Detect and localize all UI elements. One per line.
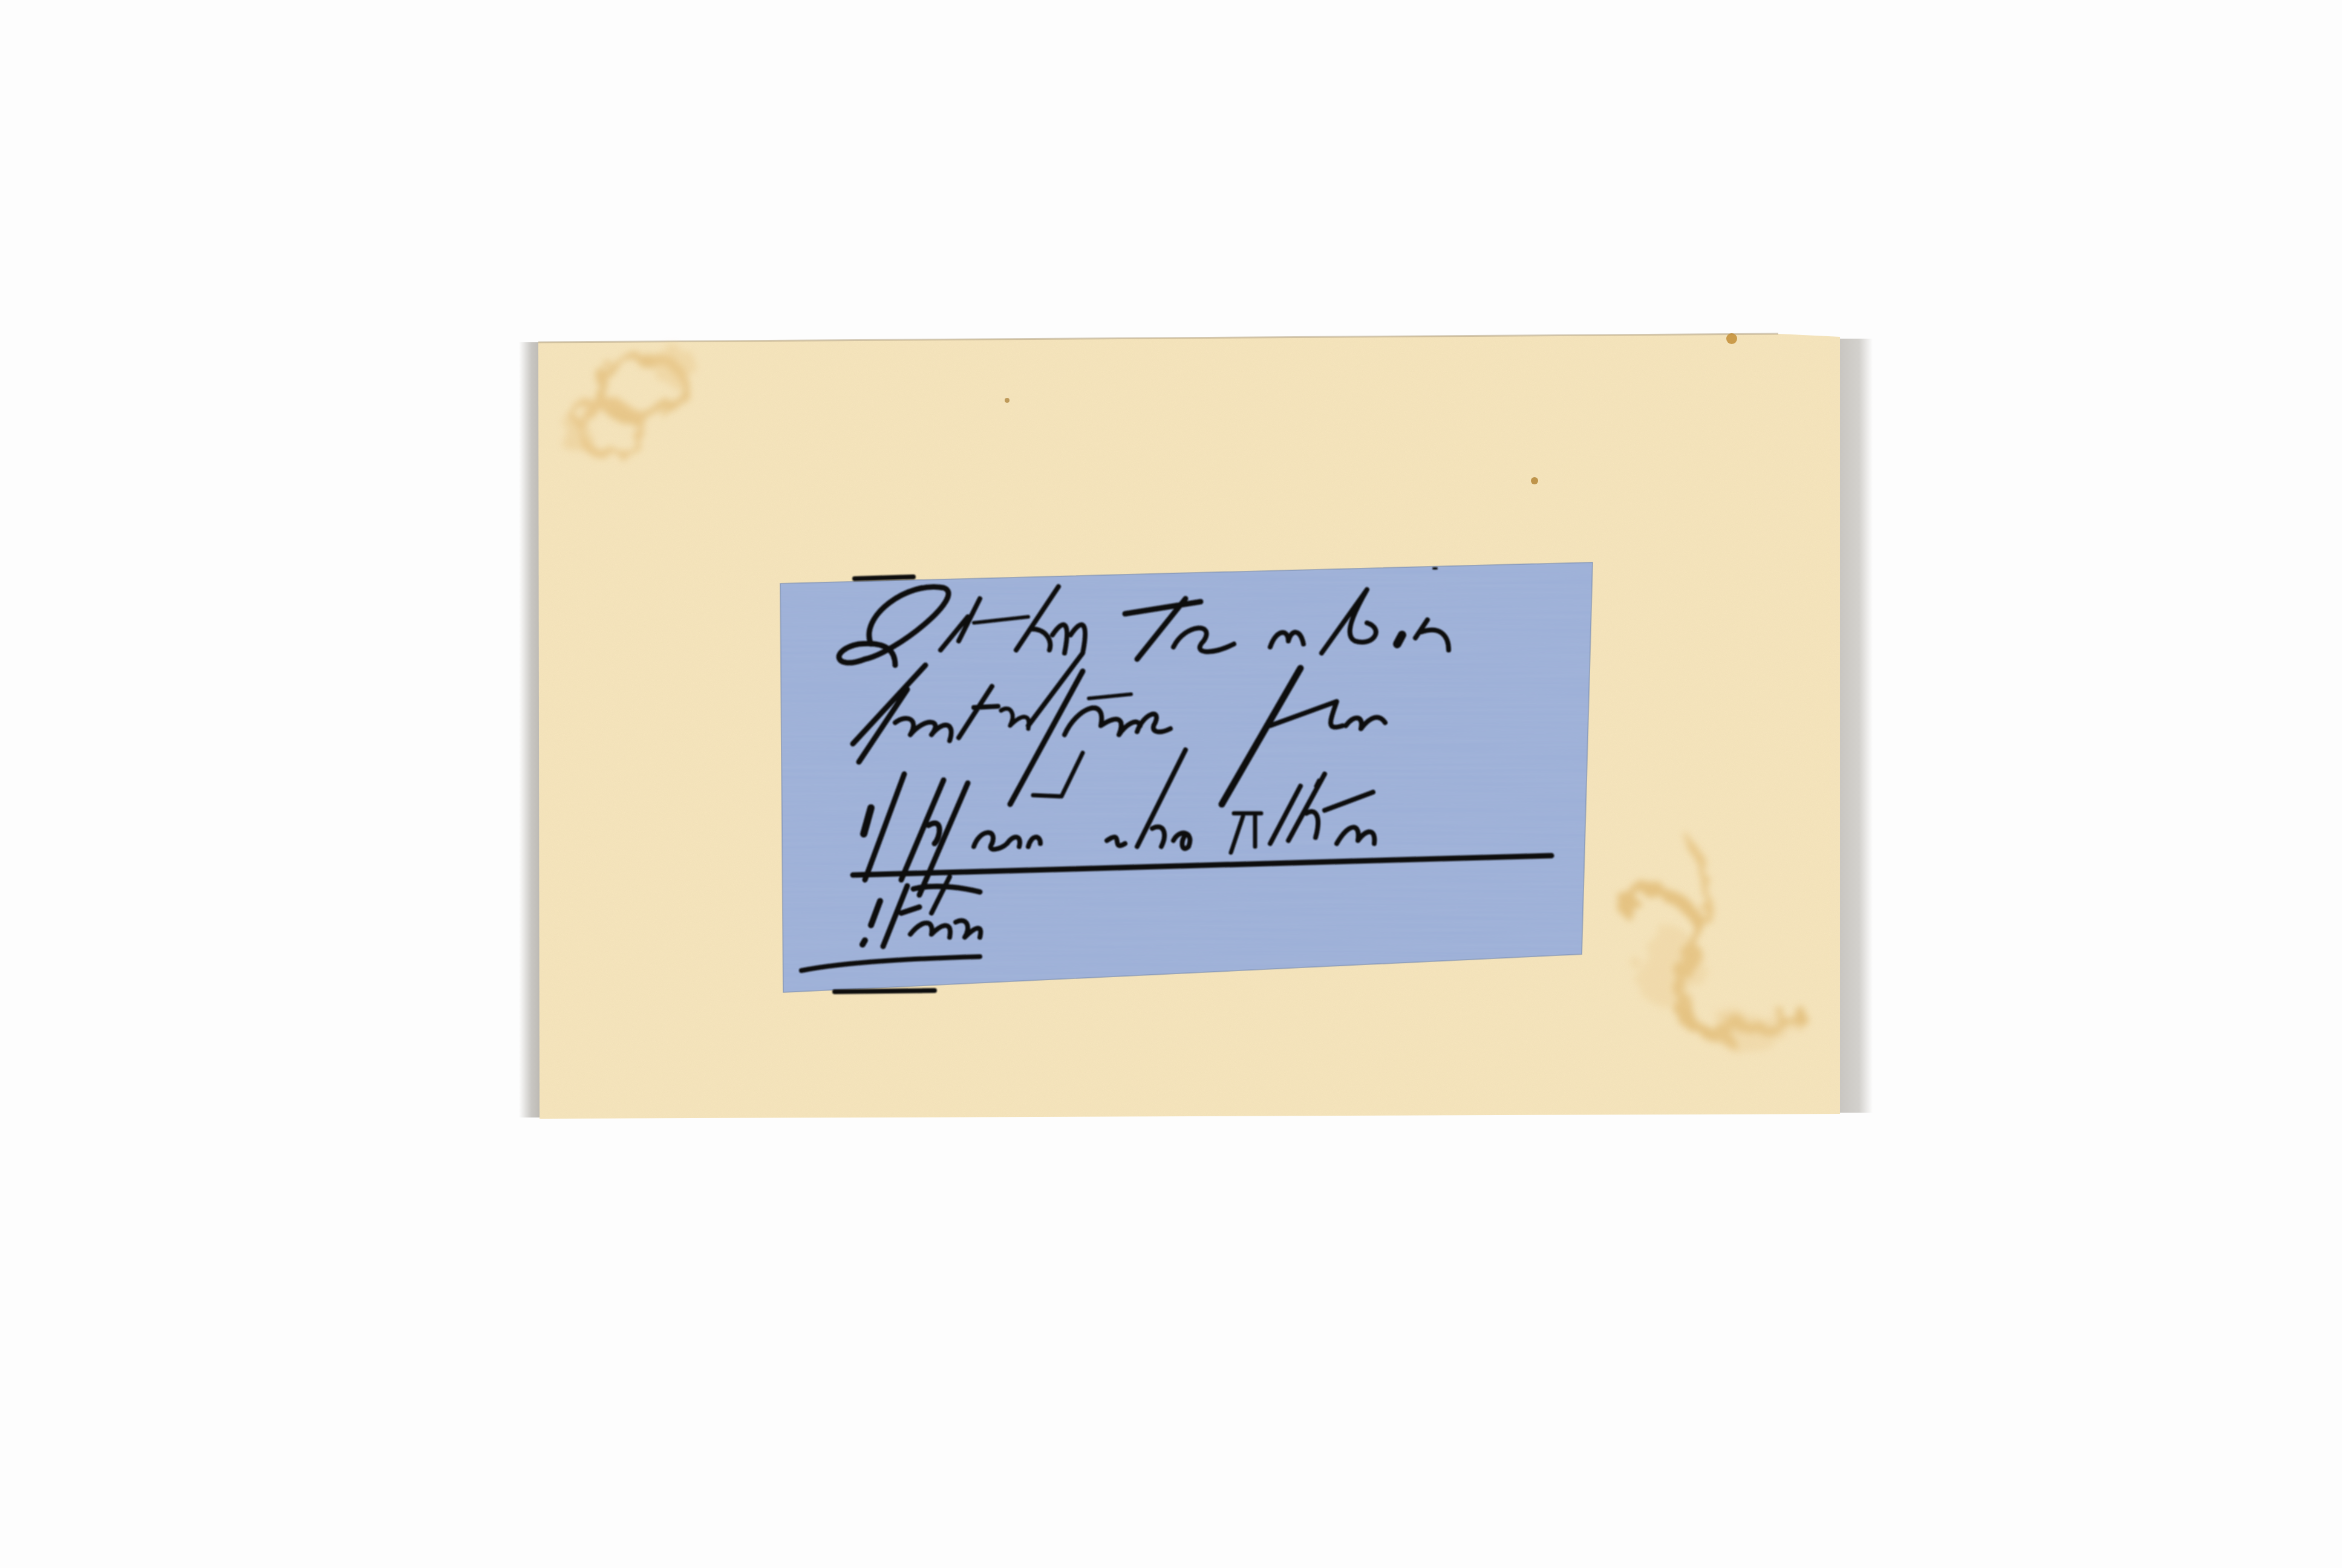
spot-mark bbox=[1531, 477, 1538, 484]
photo-background: Lrt hy Tre n46. h fruit of the fore I(k)… bbox=[0, 0, 2342, 1568]
spot-mark bbox=[1726, 333, 1737, 344]
spot-mark bbox=[1005, 398, 1010, 403]
artifact-illustration bbox=[0, 0, 2342, 1568]
